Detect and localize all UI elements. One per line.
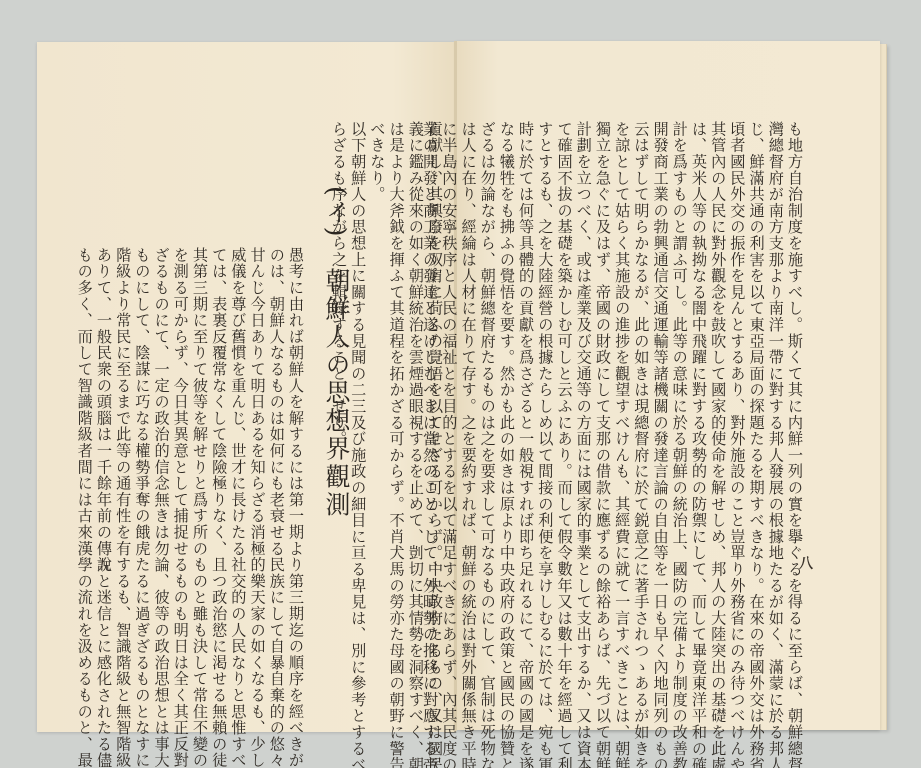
text-column: 計劃を立つべく、或は產業及び交通等の方面には國家的事業として支出するか、又は資本…	[574, 121, 593, 611]
text-column: もの多く、而して智識階級者間には古來漢學の流れを汲めるものと、最近日本或は米國布…	[75, 247, 94, 707]
right-page-number: 八	[799, 553, 813, 573]
text-column: じ、鮮滿共通の利害を以て東亞局面の探題たるを期すべきなり。在來の帝國外交は外務省…	[746, 121, 765, 611]
text-column: のは、朝鮮人なるものは如何にも老衰せる民族にして自暴自棄的の悠々たる態度を以て口…	[267, 247, 286, 707]
text-column: ざるものにて、一定の政治的信念無きは勿論、彼等の政治思想とは事大主義に根底を有せ…	[151, 247, 170, 707]
text-column: 頃者國民外交の振作を見んとするあり、對外施設のこと豈單り外務省にのみ待つべけんや…	[727, 121, 746, 611]
text-column: 云はずして明らかなるが、此の如きは現總督府に於て鋭意之に著手されつゝあるが如きを…	[631, 121, 650, 611]
text-column: 義に鑑み從來の如く朝鮮統治を雲煙過眼視するを止めて、剴切に其情勢を洞察すべく、朝…	[406, 121, 425, 611]
text-column: を測る可からず、今日其異意として捕捉せるものも明日は全く其正反對に出づること無き…	[171, 247, 190, 707]
left-page-body: 愚考に由れば朝鮮人を解するには第一期より第三期迄の順序を經べきが如し。其第一に直…	[75, 247, 305, 707]
text-column: 其第三期に至りて彼等を解せりと爲す所のものと雖も決して常住不變のものにあらずして…	[190, 247, 209, 707]
text-column: は人に在り、經綸は人材に在りて存す。之を要約すれば、朝鮮の統治は對外關係無き平時…	[458, 121, 477, 611]
text-column: も地方自治制度を施すべし。斯くて其に内鮮一列の實を擧ぐるを得るに至らば、朝鮮總督…	[785, 121, 804, 611]
text-column: ありて、一般民衆の頭腦は一千餘年前の傳說と迷信とに感化されたる儘にて直ちに文明の…	[94, 247, 113, 707]
text-column: を諒として姑らく其施設の進捗を觀望すべけんも、其經費に就て一言すべきことは、朝鮮…	[612, 121, 631, 611]
section-heading: (イ) 朝鮮人の思想界觀測	[318, 186, 354, 520]
text-column: 威儀を尊び舊慣を重んじ、世才に長けたる社交的の人民なりと思惟すべく、更らに深く彼…	[228, 247, 247, 707]
text-column: ものにして、陰謀に巧なる權勢爭奪の餓虎たるに過ぎざるものとなすに至るべし。而して…	[132, 247, 151, 707]
text-column: ては、表裏反覆常なくして陰險極りなく、且つ政治慾に渇せる無賴の徒なりと爲すに至る…	[209, 247, 228, 707]
text-column: 灣總督府が南方支那より南洋一帶に對する邦人發展の根據地たるが如く、滿蒙に於る邦人…	[766, 121, 785, 611]
text-column: は、英米人等の執拗なる闇中飛躍に對する攻勢的の防禦にして、而して畢竟東洋平和の確…	[689, 121, 708, 611]
right-page-body: も地方自治制度を施すべし。斯くて其に内鮮一列の實を擧ぐるを得るに至らば、朝鮮總督…	[420, 121, 804, 611]
text-column: 時に於ては何等具體的の貢獻を爲さざると一般視すれば即ち足れるにて、帝國の國是を遂…	[516, 121, 535, 611]
text-column: 愚考に由れば朝鮮人を解するには第一期より第三期迄の順序を經べきが如し。其第一に直…	[286, 247, 305, 707]
text-column: なる犧牲をも拂ふの覺悟を要す。然かも此の如きは原より中央政府の政策と國民の協贊と…	[497, 121, 516, 611]
text-column: 甘んじ今日ありて明日あるを知らざる消極的樂天家の如くなるも、少しく彼等の民性を解…	[247, 247, 266, 707]
text-column: て確固不拔の基礎を築かしむ可しと云ふにあり。而して假令數年又は數十年を經過して利…	[554, 121, 573, 611]
text-column: は是より大斧鉞を揮ふて其道程を拓かざる可からず。不肖犬馬の勞亦た母國の朝野に警告…	[386, 121, 405, 611]
text-column: ざるは勿論ながら、朝鮮總督府たるものは之を要求して可なるものにして、官制は死物な…	[478, 121, 497, 611]
text-column: 計を爲すものと謂ふ可し。此等の意味に於る朝鮮の統治上、國防の完備より制度の改善教…	[670, 121, 689, 611]
text-column: 其管內の人民に對外觀念を鼓吹して國家的使命を解せしめ、邦人の大陸突出の基礎を此處…	[708, 121, 727, 611]
left-page-number: 九	[97, 555, 111, 575]
text-column: 開發商工業の勃興通信交通運輸等諸機關の發達言論の自由等を一日も早く內地同列のもの…	[650, 121, 669, 611]
text-column: 貢獻し、其興廢を双肩に荷ふの覺悟を以てせざる可からず。中央政府たるもの、又は國民…	[425, 121, 444, 611]
text-column: 獨立を急ぐに及はず、帝國の財政にして支那の借款に應ずるの餘裕あらば、先づ以て朝鮮…	[593, 121, 612, 611]
text-column: 階級より常民に至るまで此等の通有性を有するも、智識階級と無智階級とは其智力の程度…	[113, 247, 132, 707]
text-column: べきなり。	[367, 121, 386, 611]
text-column: すとするも、之を大陸經營の根據たらしめ以て間接の利便を享けしむるに於ては、宛も軍…	[535, 121, 554, 611]
